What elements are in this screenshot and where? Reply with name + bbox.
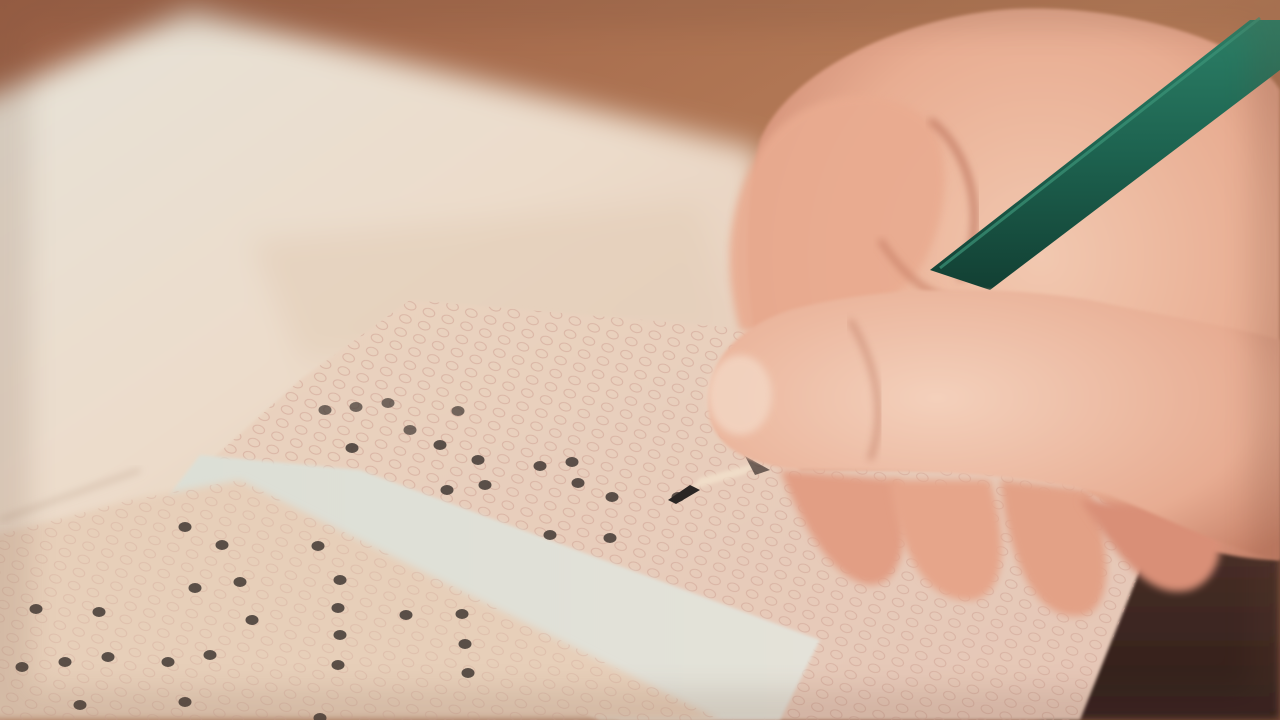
filled-bubble xyxy=(452,406,465,416)
filled-bubble xyxy=(404,425,417,435)
filled-bubble xyxy=(350,402,363,412)
filled-bubble xyxy=(441,485,454,495)
filled-bubble xyxy=(319,405,332,415)
filled-bubble xyxy=(93,607,106,617)
filled-bubble xyxy=(334,575,347,585)
filled-bubble xyxy=(102,652,115,662)
filled-bubble xyxy=(162,657,175,667)
filled-bubble xyxy=(334,630,347,640)
filled-bubble xyxy=(400,610,413,620)
filled-bubble xyxy=(189,583,202,593)
filled-bubble xyxy=(566,457,579,467)
filled-bubble xyxy=(216,540,229,550)
filled-bubble xyxy=(534,461,547,471)
filled-bubble xyxy=(434,440,447,450)
filled-bubble xyxy=(572,478,585,488)
filled-bubble xyxy=(332,660,345,670)
filled-bubble xyxy=(234,577,247,587)
filled-bubble xyxy=(179,522,192,532)
filled-bubble xyxy=(30,604,43,614)
filled-bubble xyxy=(246,615,259,625)
photo-scene: Hand filling an optical answer sheet wit… xyxy=(0,0,1280,720)
scene-illustration xyxy=(0,0,1280,720)
filled-bubble xyxy=(606,492,619,502)
filled-bubble xyxy=(462,668,475,678)
filled-bubble xyxy=(544,530,557,540)
filled-bubble xyxy=(479,480,492,490)
filled-bubble xyxy=(346,443,359,453)
filled-bubble xyxy=(204,650,217,660)
filled-bubble xyxy=(382,398,395,408)
filled-bubble xyxy=(604,533,617,543)
filled-bubble xyxy=(312,541,325,551)
filled-bubble xyxy=(459,639,472,649)
filled-bubble xyxy=(472,455,485,465)
filled-bubble xyxy=(59,657,72,667)
filled-bubble xyxy=(332,603,345,613)
filled-bubble xyxy=(456,609,469,619)
